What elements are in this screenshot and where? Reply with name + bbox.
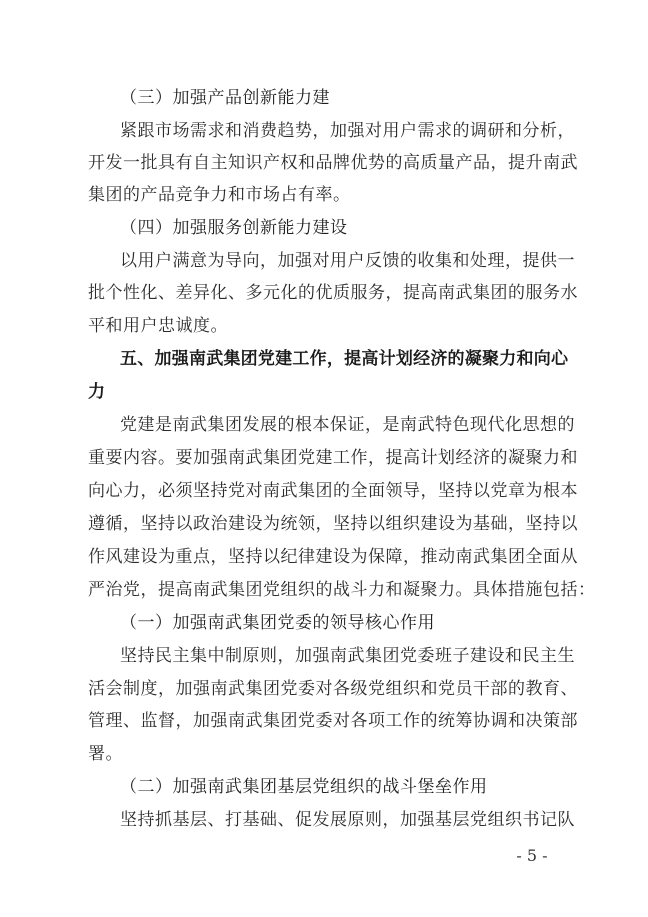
paragraph-line: 遵循，坚持以政治建设为统领，坚持以组织建设为基础，坚持以 — [88, 508, 568, 541]
paragraph-line: 严治党，提高南武集团党组织的战斗力和凝聚力。具体措施包括： — [88, 574, 568, 607]
paragraph-line: 批个性化、差异化、多元化的优质服务，提高南武集团的服务水 — [88, 277, 568, 310]
paragraph-line: 向心力，必须坚持党对南武集团的全面领导，坚持以党章为根本 — [88, 475, 568, 508]
paragraph-line: 坚持民主集中制原则，加强南武集团党委班子建设和民主生 — [120, 640, 568, 673]
section-heading-5: 五、加强南武集团党建工作，提高计划经济的凝聚力和向心 — [120, 343, 568, 376]
paragraph-line: 平和用户忠诚度。 — [88, 310, 568, 343]
paragraph-line: 管理、监督，加强南武集团党委对各项工作的统筹协调和决策部 — [88, 705, 568, 738]
paragraph-line: 活会制度，加强南武集团党委对各级党组织和党员干部的教育、 — [88, 673, 568, 706]
paragraph-line: 坚持抓基层、打基础、促发展原则，加强基层党组织书记队 — [120, 804, 568, 837]
page-number: - 5 - — [500, 846, 564, 865]
paragraph-line: 党建是南武集团发展的根本保证，是南武特色现代化思想的 — [120, 409, 568, 442]
subheading-3: （三）加强产品创新能力建 — [120, 82, 330, 115]
section-heading-5-cont: 力 — [88, 376, 568, 409]
paragraph-line: 重要内容。要加强南武集团党建工作，提高计划经济的凝聚力和 — [88, 442, 568, 475]
paragraph-line: 以用户满意为导向，加强对用户反馈的收集和处理，提供一 — [120, 245, 568, 278]
subheading-2: （二）加强南武集团基层党组织的战斗堡垒作用 — [120, 771, 488, 804]
paragraph-line: 开发一批具有自主知识产权和品牌优势的高质量产品，提升南武 — [88, 147, 568, 180]
paragraph-line: 紧跟市场需求和消费趋势，加强对用户需求的调研和分析， — [120, 115, 568, 148]
paragraph-line: 集团的产品竞争力和市场占有率。 — [88, 179, 568, 212]
paragraph-line: 署。 — [88, 738, 568, 771]
document-page: （三）加强产品创新能力建 紧跟市场需求和消费趋势，加强对用户需求的调研和分析， … — [0, 0, 648, 917]
paragraph-line: 作风建设为重点，坚持以纪律建设为保障，推动南武集团全面从 — [88, 541, 568, 574]
subheading-1: （一）加强南武集团党委的领导核心作用 — [120, 607, 435, 640]
subheading-4: （四）加强服务创新能力建设 — [120, 212, 348, 245]
